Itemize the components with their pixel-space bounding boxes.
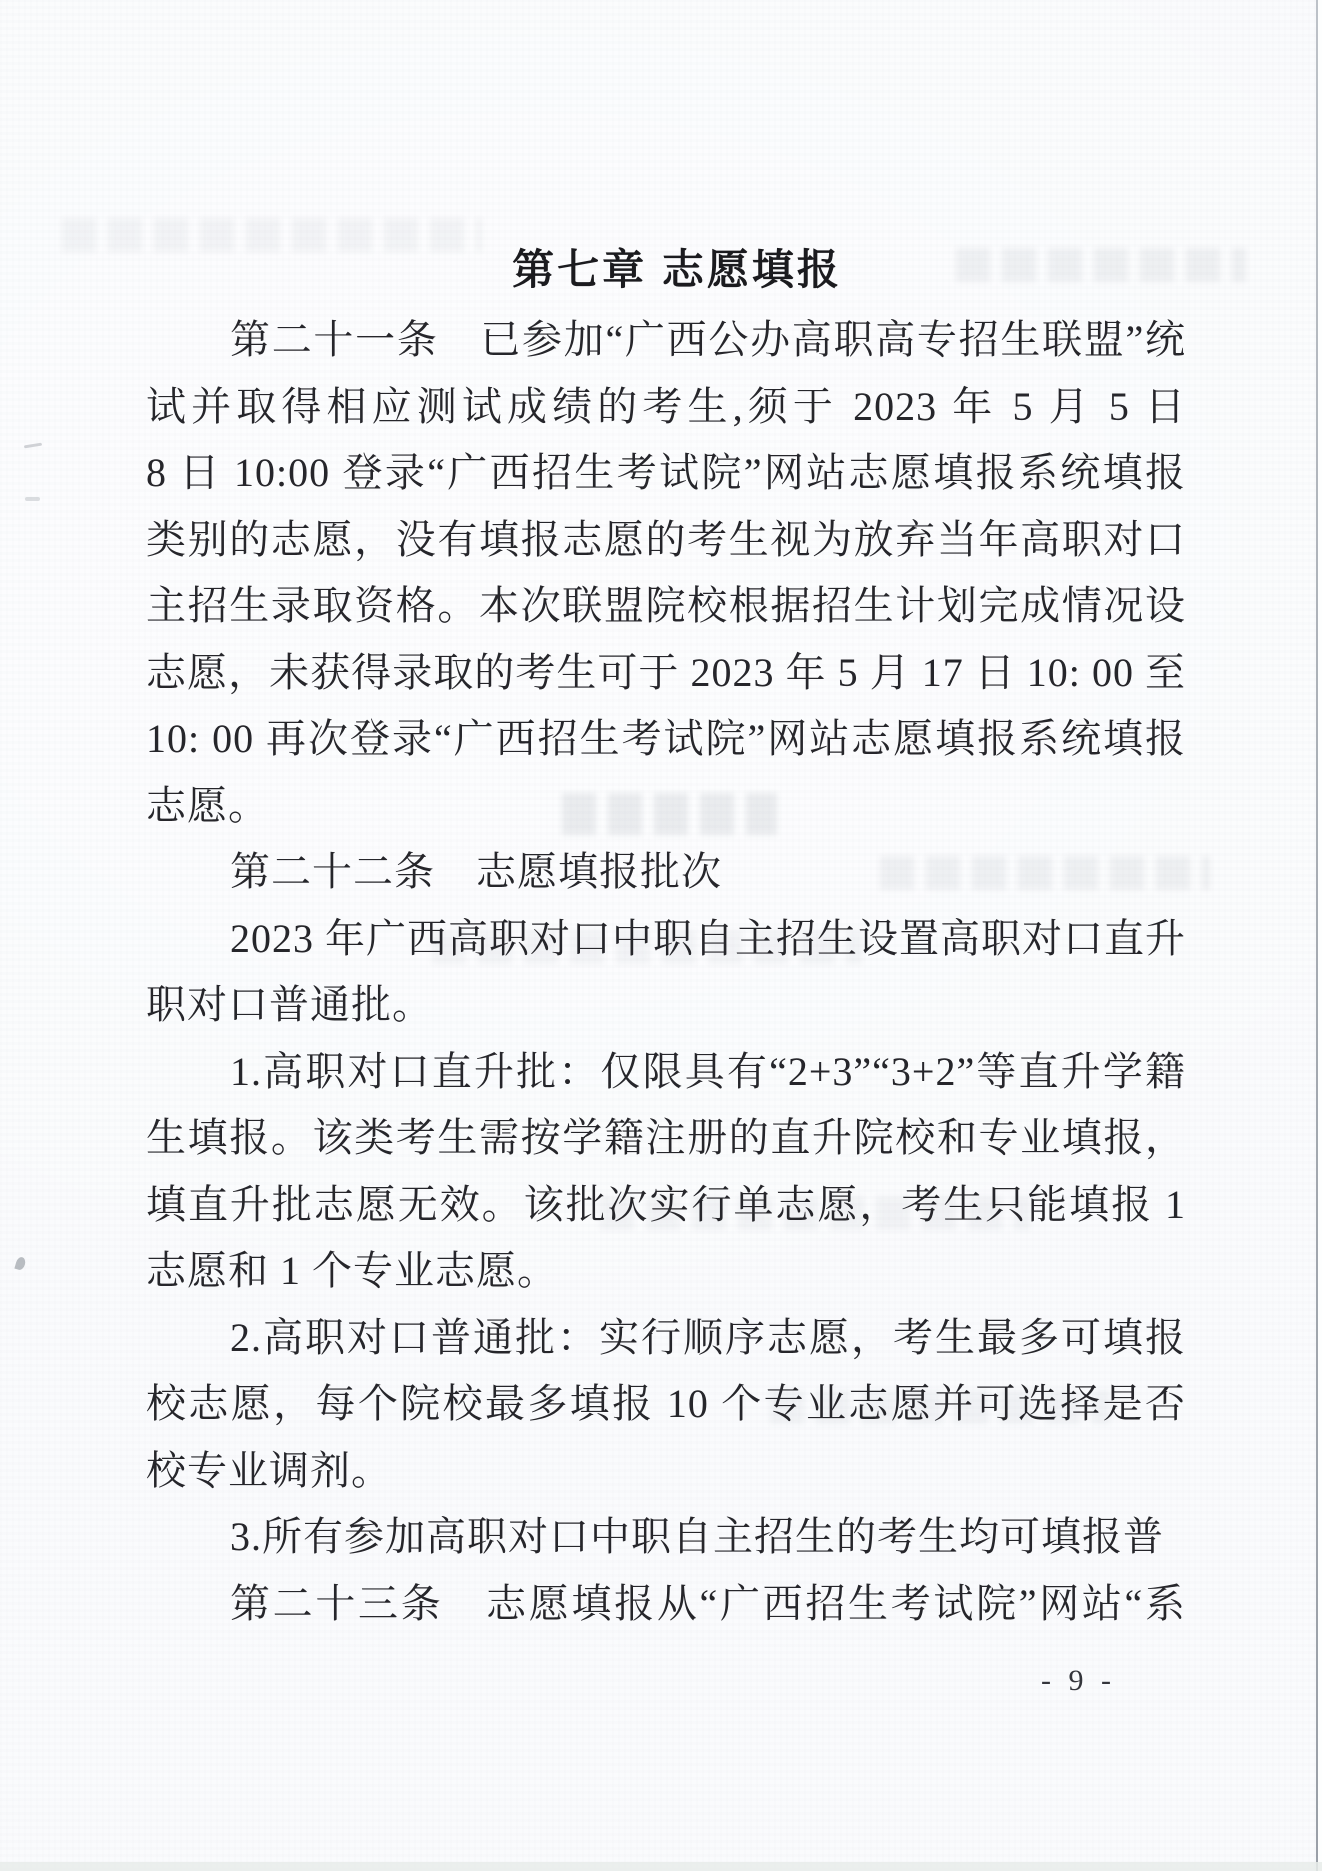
text-line: 类别的志愿，没有填报志愿的考生视为放弃当年高职对口中职自 [146, 507, 1186, 574]
text-line: 校专业调剂。 [146, 1438, 1186, 1505]
scan-edge-line [1316, 0, 1318, 1871]
text-line: 试并取得相应测试成绩的考生,须于 2023 年 5 月 5 日 10:00 至 [146, 374, 1186, 441]
text-line: 第二十二条 志愿填报批次 [146, 839, 1186, 906]
text-line: 主招生录取资格。本次联盟院校根据招生计划完成情况设置征集 [146, 573, 1186, 640]
text-line: 志愿。 [146, 773, 1186, 840]
scan-edge-highlight [1318, 0, 1322, 1871]
document-body: 第二十一条 已参加“广西公办高职高专招生联盟”统一测试并取得相应测试成绩的考生,… [146, 307, 1186, 1637]
margin-smudge [25, 497, 40, 501]
margin-smudge [24, 443, 42, 449]
text-line: 8 日 10:00 登录“广西招生考试院”网站志愿填报系统填报相应 [146, 440, 1186, 507]
text-line: 2023 年广西高职对口中职自主招生设置高职对口直升批、高 [146, 906, 1186, 973]
text-line: 10: 00 再次登录“广西招生考试院”网站志愿填报系统填报征集 [146, 706, 1186, 773]
text-line: 职对口普通批。 [146, 972, 1186, 1039]
page-number: - 9 - [1041, 1664, 1116, 1698]
text-line: 2.高职对口普通批：实行顺序志愿，考生最多可填报 4 个院 [146, 1305, 1186, 1372]
text-line: 生填报。该类考生需按学籍注册的直升院校和专业填报，否则所 [146, 1105, 1186, 1172]
text-line: 3.所有参加高职对口中职自主招生的考生均可填报普通批。 [146, 1504, 1186, 1571]
text-line: 志愿和 1 个专业志愿。 [146, 1238, 1186, 1305]
chapter-title: 第七章 志愿填报 [146, 233, 1186, 307]
scanned-document-page: { "colors": { "paper": "#fafbfd", "ink":… [0, 0, 1322, 1871]
margin-smudge [14, 1256, 26, 1271]
text-line: 1.高职对口直升批：仅限具有“2+3”“3+2”等直升学籍的考 [146, 1039, 1186, 1106]
text-line: 第二十三条 志愿填报从“广西招生考试院”网站“系统导 [146, 1571, 1186, 1638]
text-line: 第二十一条 已参加“广西公办高职高专招生联盟”统一测 [146, 307, 1186, 374]
text-line: 校志愿，每个院校最多填报 10 个专业志愿并可选择是否服从院 [146, 1371, 1186, 1438]
text-line: 填直升批志愿无效。该批次实行单志愿，考生只能填报 1 个院校 [146, 1172, 1186, 1239]
scan-edge-strip [0, 1862, 1322, 1871]
document-content: 第七章 志愿填报 第二十一条 已参加“广西公办高职高专招生联盟”统一测试并取得相… [146, 233, 1186, 1637]
text-line: 志愿，未获得录取的考生可于 2023 年 5 月 17 日 10: 00 至 1… [146, 640, 1186, 707]
